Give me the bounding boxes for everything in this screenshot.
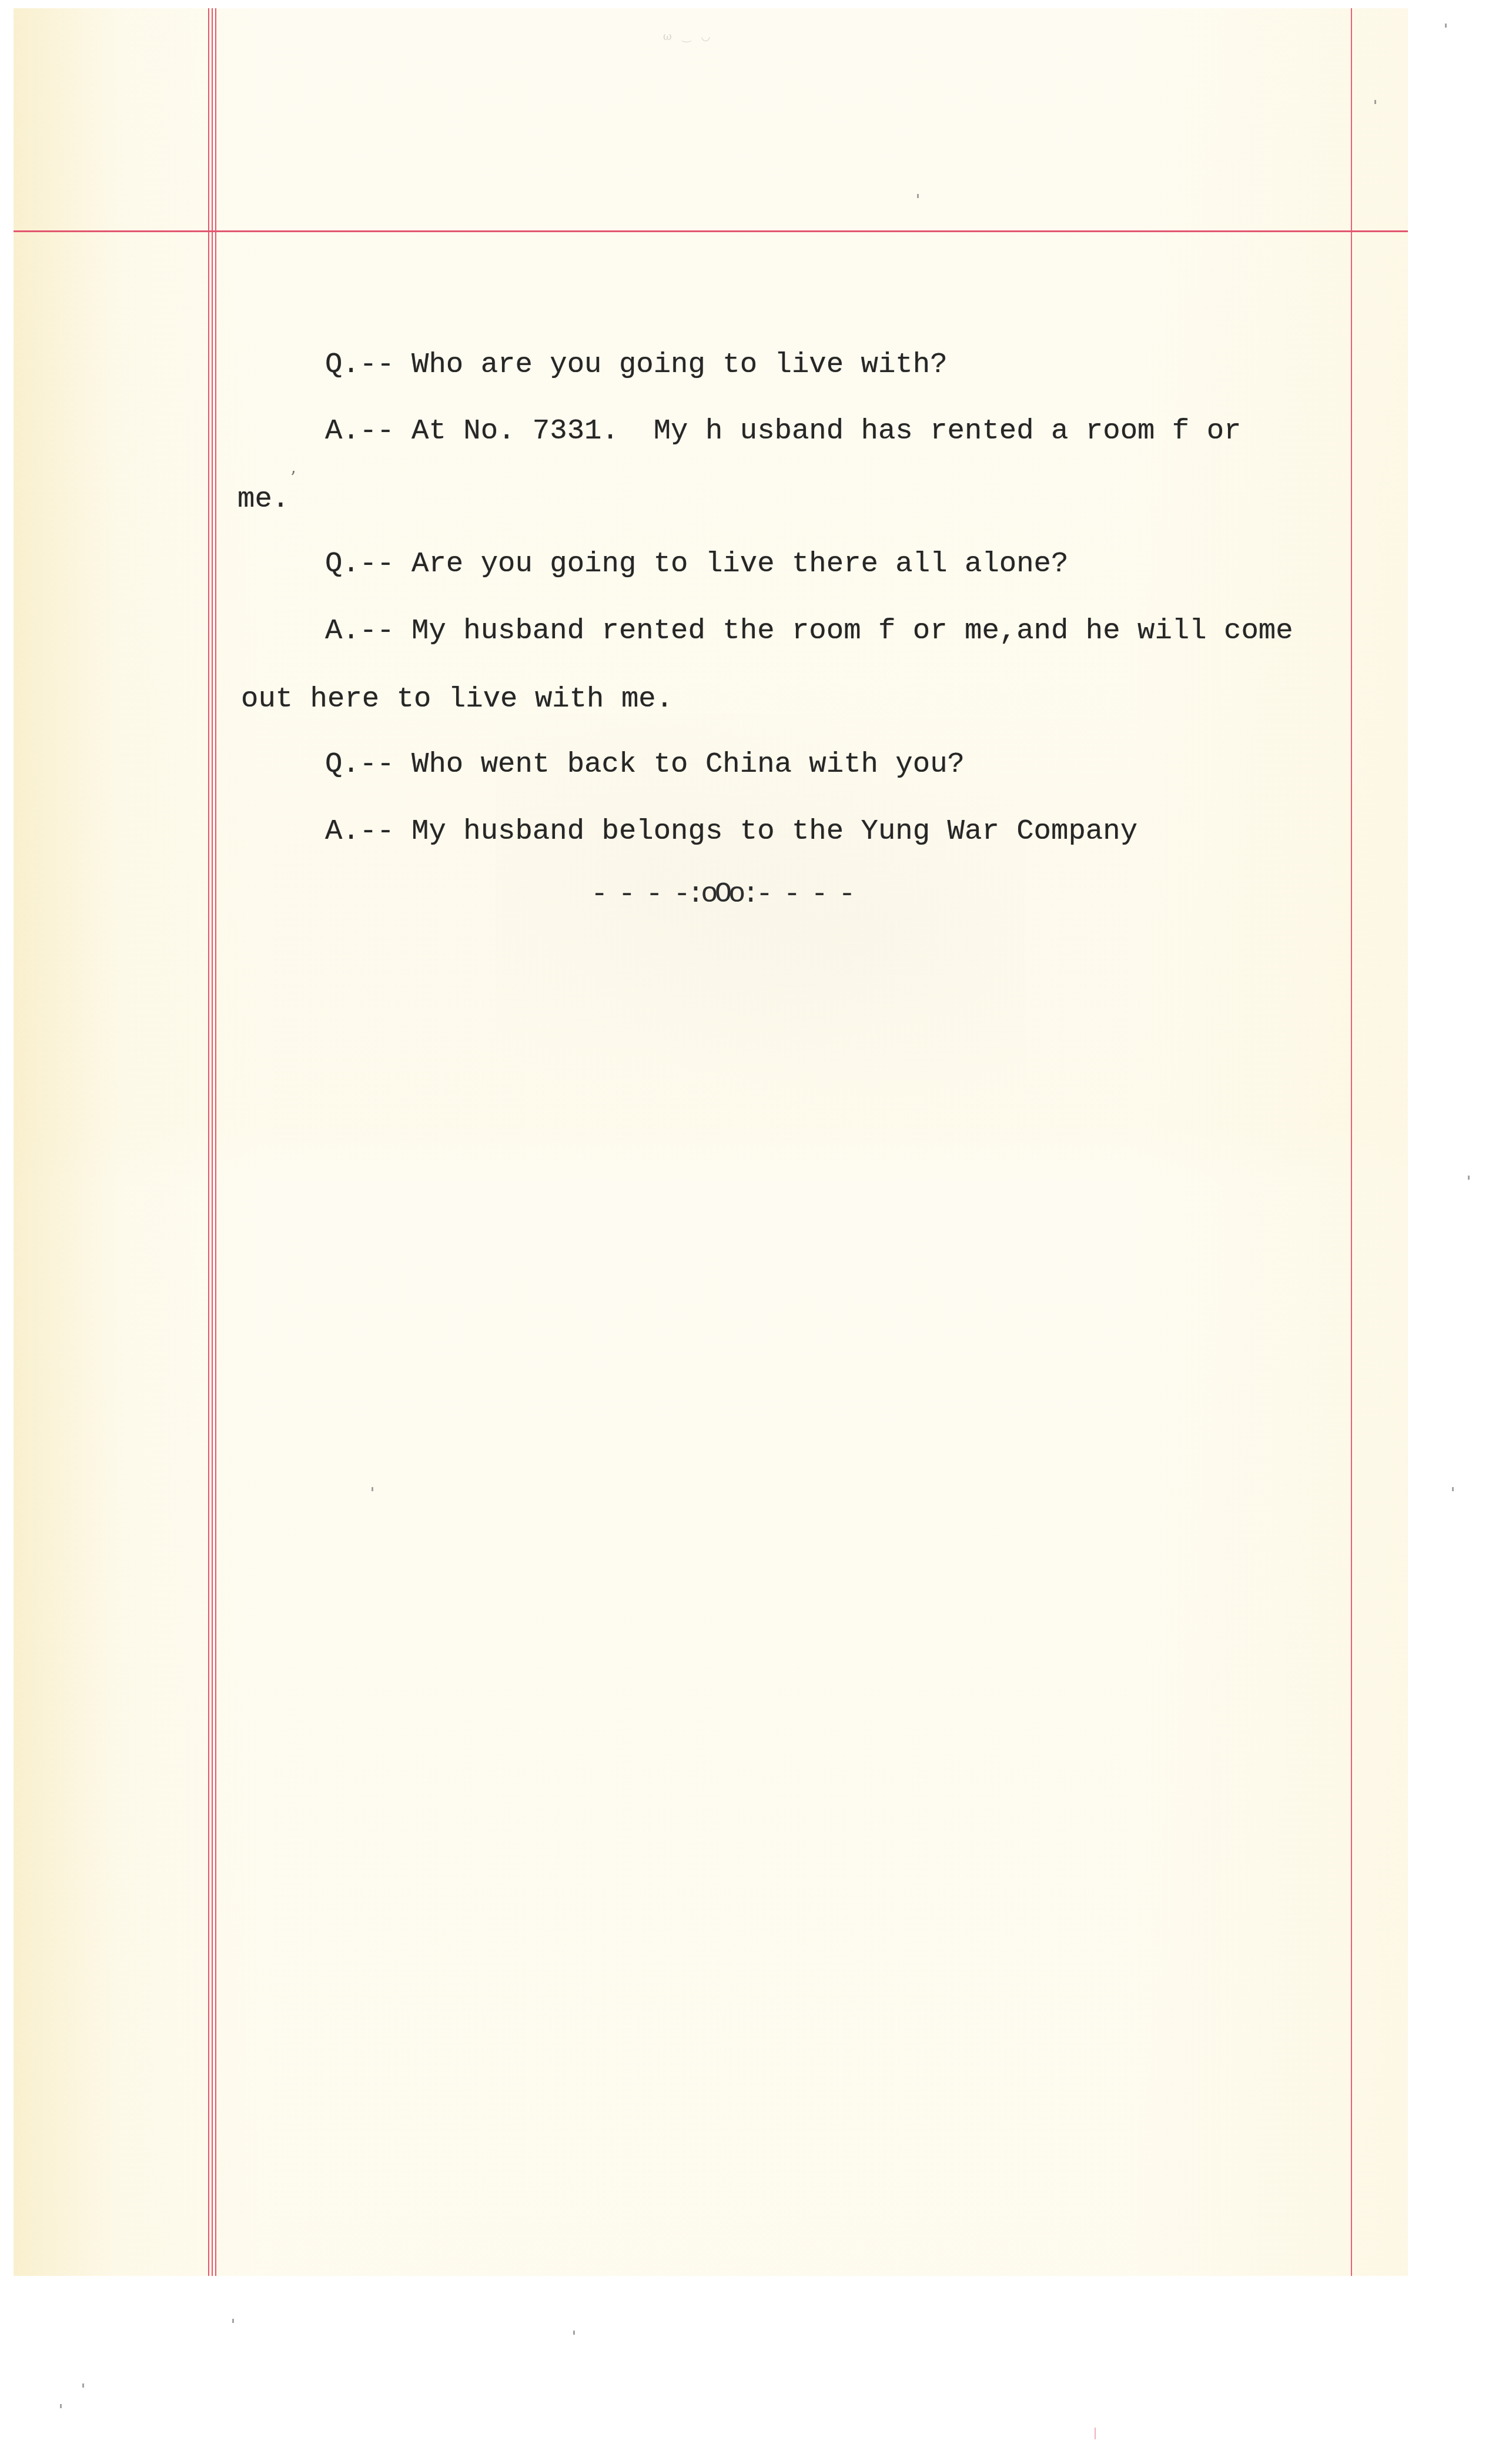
answer-text: My husband rented the room f or me,and h…	[411, 614, 1293, 647]
question-label: Q.--	[325, 748, 394, 781]
answer-line: A.-- My husband belongs to the Yung War …	[325, 817, 1137, 846]
question-text: Are you going to live there all alone?	[411, 547, 1068, 580]
answer-line: A.-- My husband rented the room f or me,…	[325, 617, 1293, 645]
scan-speck	[1445, 24, 1447, 28]
question-label: Q.--	[325, 348, 394, 381]
scan-speck	[573, 2331, 575, 2335]
scan-speck	[1468, 1176, 1470, 1180]
answer-label: A.--	[325, 614, 394, 647]
continuation-text: me.	[237, 483, 289, 515]
right-margin-rule	[1351, 8, 1352, 2276]
scan-speck	[82, 2383, 84, 2388]
question-line: Q.-- Who went back to China with you?	[325, 750, 965, 779]
question-text: Who are you going to live with?	[411, 348, 948, 381]
answer-label: A.--	[325, 815, 394, 848]
header-rule	[14, 230, 1408, 232]
scan-speck	[60, 2404, 62, 2408]
answer-text: My husband belongs to the Yung War Compa…	[411, 815, 1137, 848]
continuation-text: out here to live with me.	[241, 682, 673, 715]
section-separator: - - - -:oOo:- - - -	[591, 880, 852, 909]
faded-stamp-mark: ω ‿ ◡	[663, 31, 740, 43]
left-margin-rule	[208, 8, 219, 2276]
scan-speck	[1452, 1487, 1454, 1491]
scan-speck	[917, 194, 919, 198]
question-text: Who went back to China with you?	[411, 748, 965, 781]
answer-text: At No. 7331. My h usband has rented a ro…	[411, 414, 1241, 447]
scan-speck	[1374, 100, 1376, 104]
question-label: Q.--	[325, 547, 394, 580]
answer-continuation: out here to live with me.	[241, 685, 673, 714]
answer-label: A.--	[325, 414, 394, 447]
scan-speck	[1095, 2428, 1096, 2439]
answer-continuation: me.	[237, 485, 289, 514]
scan-speck	[232, 2319, 234, 2323]
question-line: Q.-- Are you going to live there all alo…	[325, 550, 1068, 578]
question-line: Q.-- Who are you going to live with?	[325, 350, 948, 379]
scan-speck	[372, 1487, 373, 1491]
handwritten-tick: ʼ	[290, 468, 296, 488]
answer-line: A.-- At No. 7331. My h usband has rented…	[325, 417, 1241, 446]
